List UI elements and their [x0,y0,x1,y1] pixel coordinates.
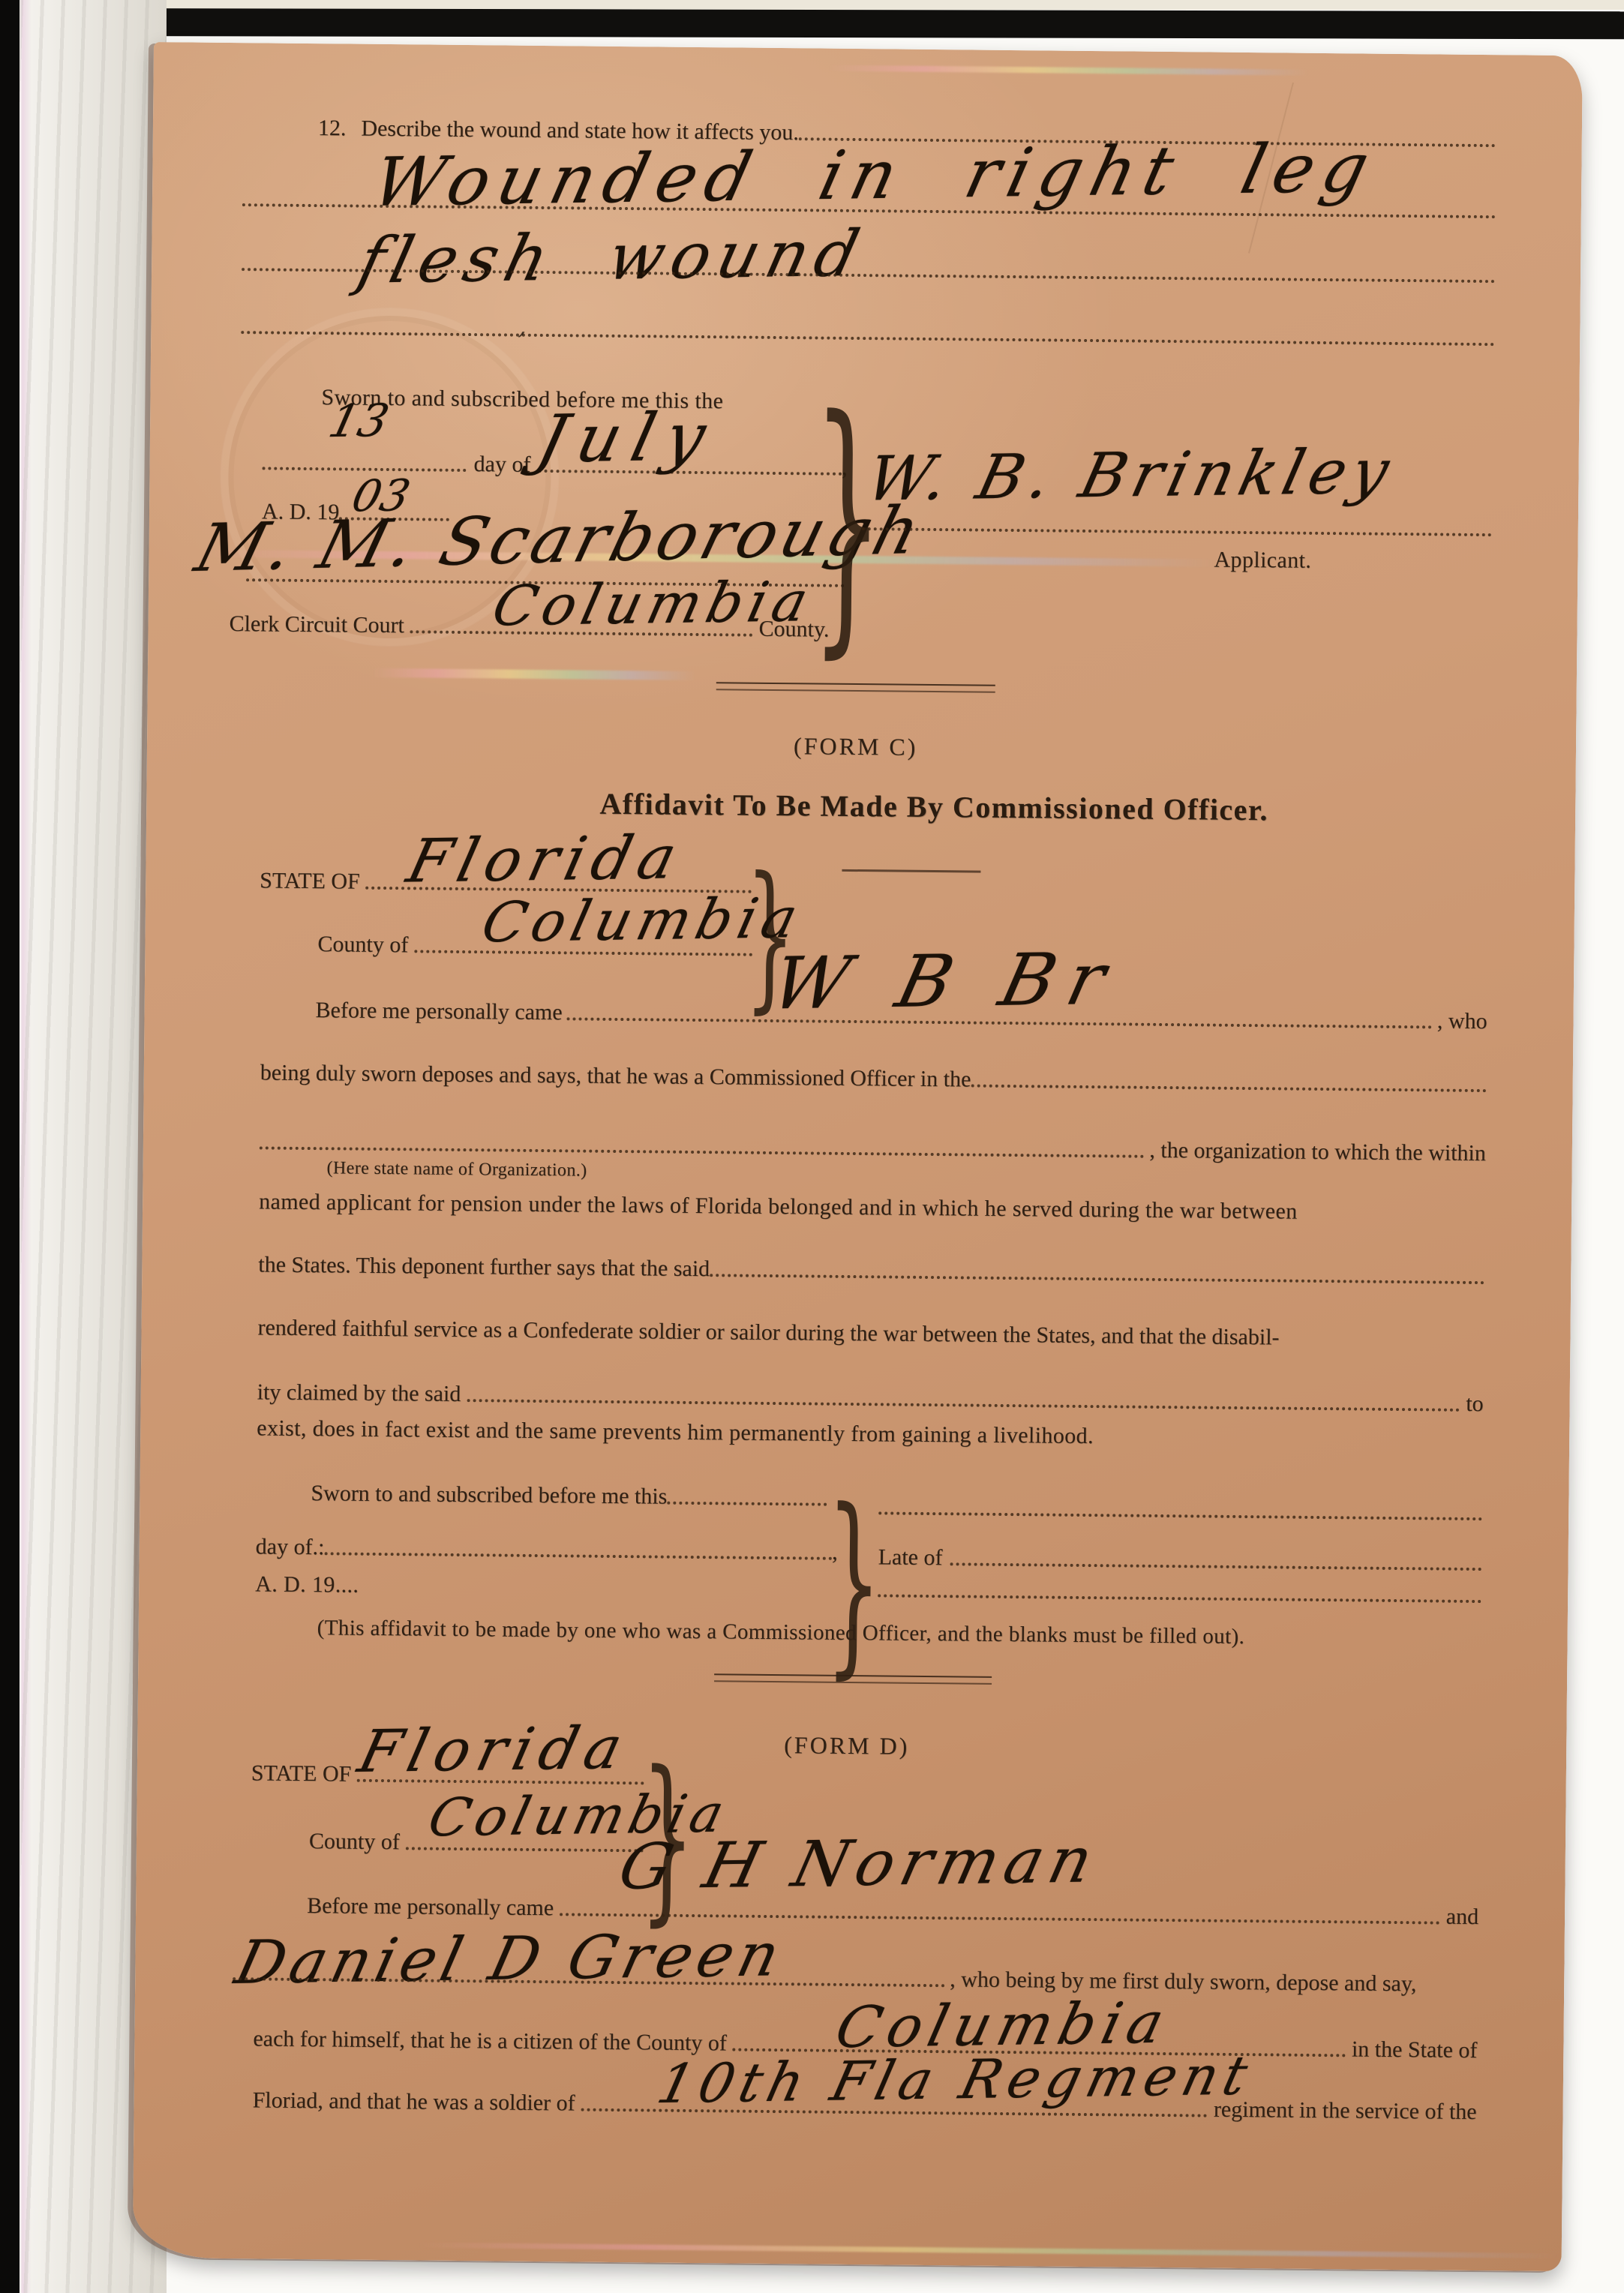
form-c-footer: (This affidavit to be made by one who wa… [317,1616,1245,1649]
curly-brace: } [811,384,884,659]
late-rule-1 [878,1510,1482,1520]
paragraph-4-text: the States. This deponent further says t… [258,1252,710,1282]
soldier-left: Floriad, and that he was a soldier of [252,2087,575,2116]
paragraph-6-text: ity claimed by the said [257,1379,461,1407]
paragraph-3: named applicant for pension under the la… [259,1189,1298,1224]
dotted-fill [406,1847,644,1852]
paragraph-6-tail: to [1466,1391,1484,1417]
clerk-court-label: Clerk Circuit Court [229,611,404,638]
form-c-title: Affidavit To Be Made By Commissioned Off… [409,784,1459,829]
short-rule [842,869,980,873]
applicant-signature: W. B. Brinkley [860,437,1401,515]
form-d-tag: (FORM D) [784,1731,909,1760]
citizen-left: each for himself, that he is a citizen o… [253,2026,727,2056]
form-c-tag: (FORM C) [794,732,918,761]
came-label: Before me personally came [307,1893,554,1921]
dotted-fill [260,1146,1145,1157]
and-tail: and [1446,1904,1479,1930]
question-12-number: 12. [318,116,347,141]
dotted-fill [950,1562,1481,1571]
soldier-row: Floriad, and that he was a soldier of re… [252,2087,1476,2125]
double-rule [716,682,995,693]
paragraph-1: being duly sworn deposes and says, that … [260,1060,1487,1097]
scanned-document: 12. Describe the wound and state how it … [0,0,1624,2293]
sworn2-line1-row: Sworn to and subscribed before me this [311,1481,827,1511]
sworn2-ad: A. D. 19.... [255,1571,359,1598]
paragraph-1-text: being duly sworn deposes and says, that … [260,1060,971,1092]
dotted-fill [357,1779,644,1785]
dotted-fill [667,1502,827,1506]
late-of-row: Late of [878,1544,1481,1576]
came-row-c: Before me personally came , who [315,998,1487,1034]
late-of-label: Late of [878,1544,942,1571]
scan-glare [373,668,695,680]
handwritten-witness1: G H Norman [612,1823,1106,1904]
day-of-label: day of [473,452,530,478]
handwritten-month: July [530,398,725,477]
county-of-label: County of [309,1829,400,1855]
dotted-fill [324,1552,832,1559]
paragraph-6: ity claimed by the said to [257,1379,1484,1417]
pension-form-page: 12. Describe the wound and state how it … [133,42,1583,2271]
double-rule [714,1673,992,1685]
paragraph-7: exist, does in fact exist and the same p… [257,1415,1094,1449]
scan-glare [829,65,1309,76]
applicant-signature-rule [862,526,1492,536]
dotted-fill [414,950,752,956]
scan-glare [418,2243,1558,2259]
applicant-label: Applicant. [1214,548,1311,574]
dotted-fill [581,2108,1207,2117]
scanner-left-edge [0,0,20,2293]
state-of-label: STATE OF [260,868,360,894]
scanner-black-band [18,8,1624,39]
dotted-fill [567,1017,1433,1028]
county-of-row-c: County of [317,932,752,962]
dotted-fill [467,1399,1460,1412]
curly-brace: } [825,1484,882,1682]
came-label: Before me personally came [315,998,562,1025]
dotted-fill [233,1977,945,1987]
sworn2-dayof-row: day of.: , [256,1534,838,1565]
handwritten-answer-line2: flesh wound [352,217,873,299]
citizen-right: in the State of [1352,2036,1478,2063]
late-rule-2 [878,1592,1481,1603]
county-of-row-d: County of [309,1829,644,1857]
handwritten-county-clerk: Columbia [486,569,820,638]
who-tail: , who [1437,1008,1487,1034]
paragraph-4: the States. This deponent further says t… [258,1252,1484,1289]
state-of-label: STATE OF [251,1760,352,1787]
county-of-label: County of [317,932,408,958]
paragraph-5: rendered faithful service as a Confedera… [257,1315,1279,1350]
sworn2-dayof-label: day of.: [256,1534,325,1560]
paragraph-2-text: , the organization to which the within [1149,1138,1486,1166]
dotted-fill [971,1085,1486,1093]
organization-note: (Here state name of Organization.) [326,1158,587,1181]
sworn2-line1: Sworn to and subscribed before me this [311,1481,667,1510]
dotted-fill [710,1274,1484,1284]
soldier-right: regiment in the service of the [1214,2097,1477,2125]
